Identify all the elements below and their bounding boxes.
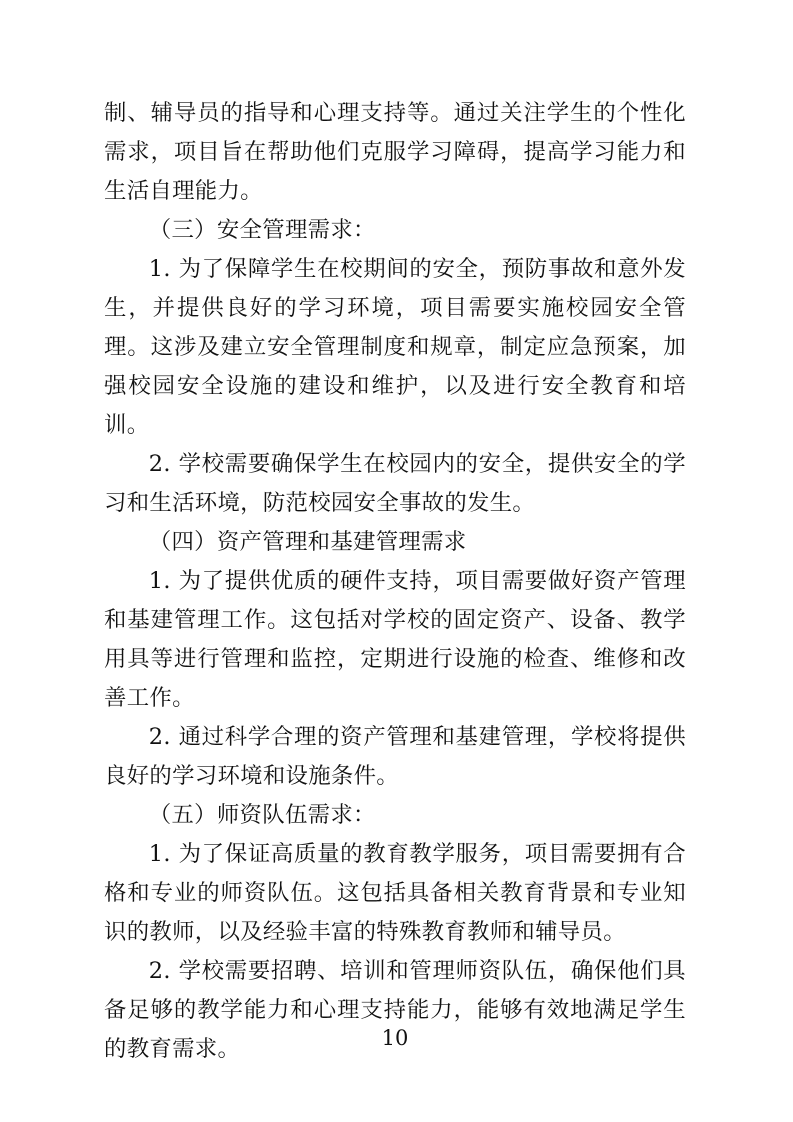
page-number: 10 xyxy=(104,1024,686,1052)
section-heading-safety: （三）安全管理需求： xyxy=(104,211,686,250)
paragraph-safety-2: 2. 学校需要确保学生在校园内的安全，提供安全的学习和生活环境，防范校园安全事故… xyxy=(104,445,686,523)
section-heading-faculty: （五）师资队伍需求： xyxy=(104,796,686,835)
paragraph-continuation: 制、辅导员的指导和心理支持等。通过关注学生的个性化需求，项目旨在帮助他们克服学习… xyxy=(104,94,686,211)
section-heading-assets: （四）资产管理和基建管理需求 xyxy=(104,523,686,562)
paragraph-assets-1: 1. 为了提供优质的硬件支持，项目需要做好资产管理和基建管理工作。这包括对学校的… xyxy=(104,562,686,718)
paragraph-assets-2: 2. 通过科学合理的资产管理和基建管理，学校将提供良好的学习环境和设施条件。 xyxy=(104,718,686,796)
document-body: 制、辅导员的指导和心理支持等。通过关注学生的个性化需求，项目旨在帮助他们克服学习… xyxy=(104,94,686,1069)
document-page: 制、辅导员的指导和心理支持等。通过关注学生的个性化需求，项目旨在帮助他们克服学习… xyxy=(0,0,793,1122)
paragraph-faculty-1: 1. 为了保证高质量的教育教学服务，项目需要拥有合格和专业的师资队伍。这包括具备… xyxy=(104,835,686,952)
paragraph-safety-1: 1. 为了保障学生在校期间的安全，预防事故和意外发生，并提供良好的学习环境，项目… xyxy=(104,250,686,445)
